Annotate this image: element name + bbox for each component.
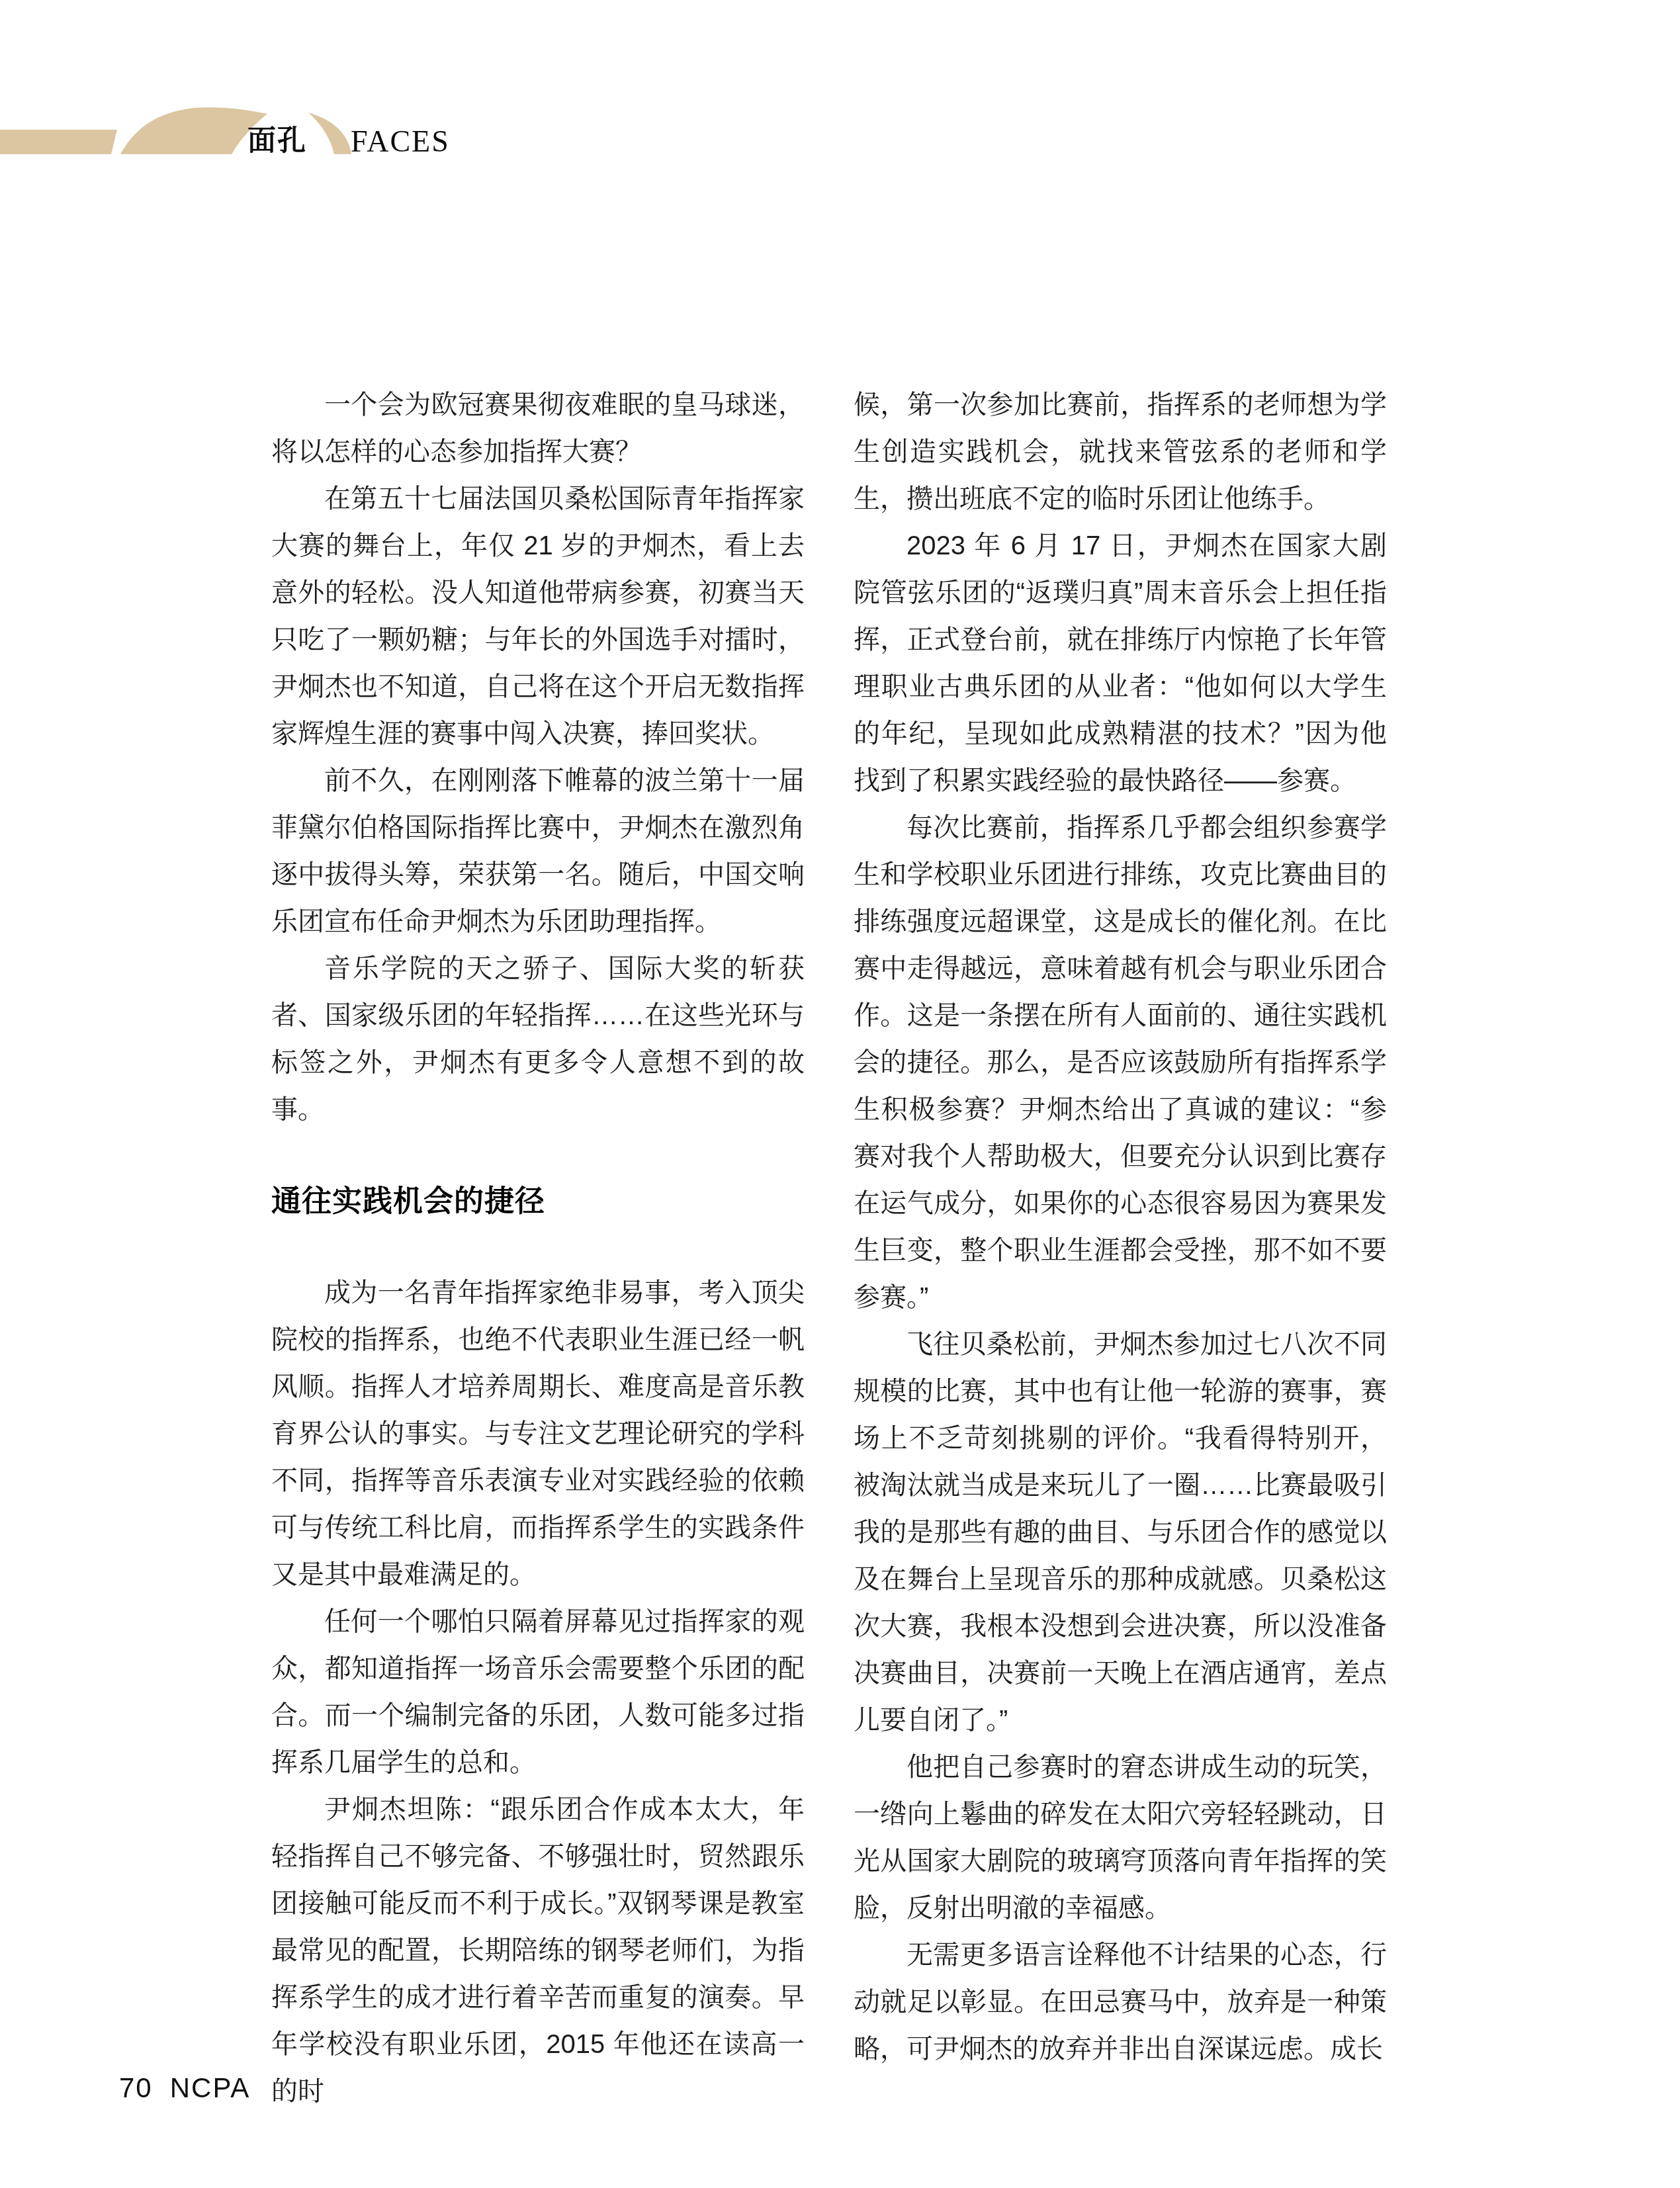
paragraph: 音乐学院的天之骄子、国际大奖的斩获者、国家级乐团的年轻指挥……在这些光环与标签之… (271, 945, 805, 1133)
paragraph: 候，第一次参加比赛前，指挥系的老师想为学生创造实践机会，就找来管弦系的老师和学生… (854, 382, 1387, 523)
paragraph: 每次比赛前，指挥系几乎都会组织参赛学生和学校职业乐团进行排练，攻克比赛曲目的排练… (854, 805, 1387, 1321)
paragraph: 飞往贝桑松前，尹炯杰参加过七八次不同规模的比赛，其中也有让他一轮游的赛事，赛场上… (854, 1321, 1387, 1744)
page-number: 70 (119, 2072, 153, 2103)
paragraph: 任何一个哪怕只隔着屏幕见过指挥家的观众，都知道指挥一场音乐会需要整个乐团的配合。… (271, 1598, 805, 1786)
paragraph: 成为一名青年指挥家绝非易事，考入顶尖院校的指挥系，也绝不代表职业生涯已经一帆风顺… (271, 1270, 805, 1598)
magazine-page: { "header": { "section_title_cn": "面孔", … (0, 0, 1680, 2188)
publication-name: NCPA (170, 2072, 251, 2103)
header-wing-shape (120, 107, 267, 154)
paragraph: 他把自己参赛时的窘态讲成生动的玩笑，一绺向上鬈曲的碎发在太阳穴旁轻轻跳动，日光从… (854, 1744, 1387, 1932)
paragraph: 尹炯杰坦陈：“跟乐团合作成本太大，年轻指挥自己不够完备、不够强壮时，贸然跟乐团接… (271, 1786, 805, 2115)
header-crescent-shape (308, 112, 351, 154)
header-bar-shape (0, 130, 117, 154)
paragraph: 前不久，在刚刚落下帷幕的波兰第十一届菲黛尔伯格国际指挥比赛中，尹炯杰在激烈角逐中… (271, 758, 805, 945)
paragraph: 在第五十七届法国贝桑松国际青年指挥家大赛的舞台上，年仅 21 岁的尹炯杰，看上去… (271, 476, 805, 758)
paragraph: 无需更多语言诠释他不计结果的心态，行动就足以彰显。在田忌赛马中，放弃是一种策略，… (854, 1932, 1387, 2073)
article-left-column: 一个会为欧冠赛果彻夜难眠的皇马球迷，将以怎样的心态参加指挥大赛？ 在第五十七届法… (271, 382, 805, 2115)
section-heading: 通往实践机会的捷径 (271, 1186, 805, 1217)
article-right-column: 候，第一次参加比赛前，指挥系的老师想为学生创造实践机会，就找来管弦系的老师和学生… (854, 382, 1387, 2073)
paragraph: 一个会为欧冠赛果彻夜难眠的皇马球迷，将以怎样的心态参加指挥大赛？ (271, 382, 805, 476)
paragraph: 2023 年 6 月 17 日，尹炯杰在国家大剧院管弦乐团的“返璞归真”周末音乐… (854, 523, 1387, 805)
section-title-chinese: 面孔 (247, 126, 307, 155)
page-footer: 70NCPA (119, 2072, 250, 2104)
section-title-english: FACES (351, 127, 450, 156)
